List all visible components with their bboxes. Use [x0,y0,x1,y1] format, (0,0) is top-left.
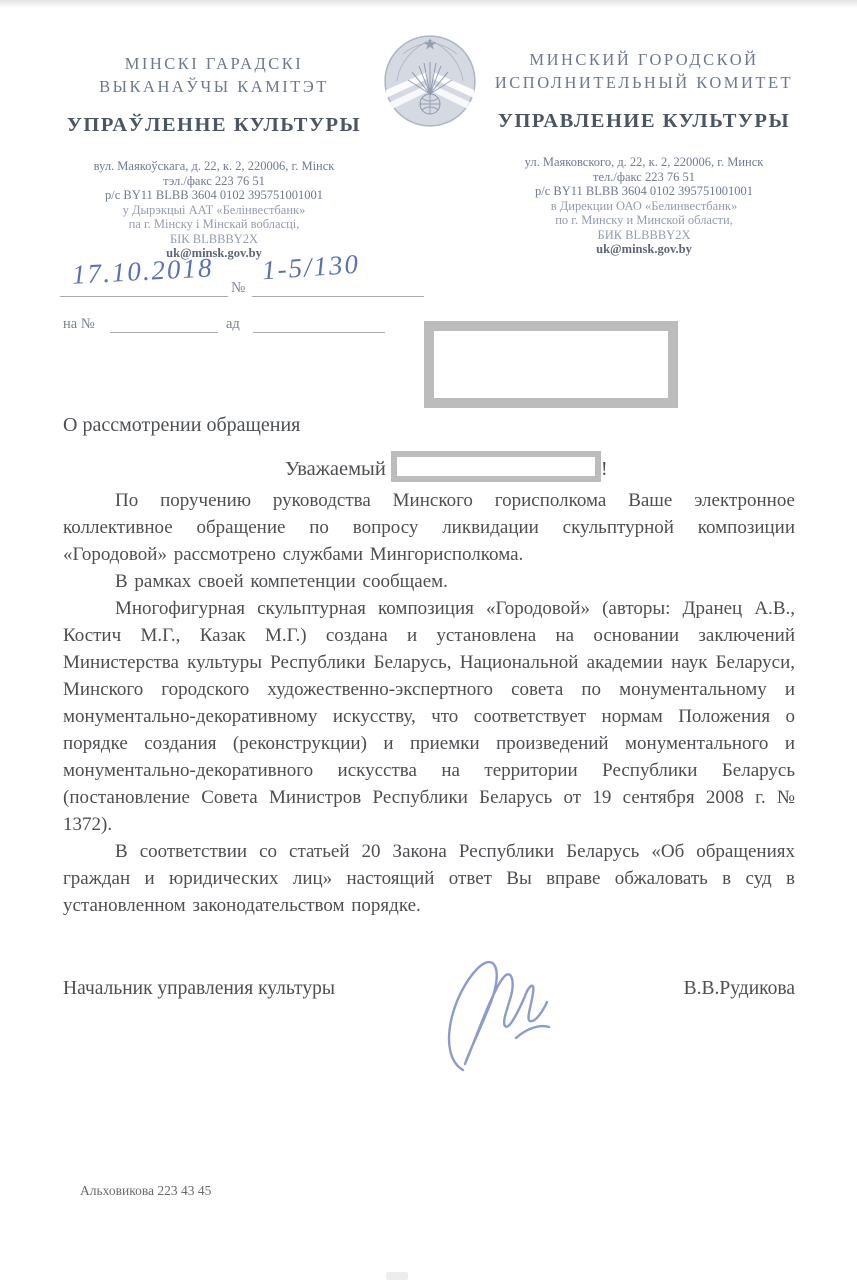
address-block: вул. Маякоўскага, д. 22, к. 2, 220006, г… [38,159,390,261]
address-line: тэл./факс 223 76 51 [38,174,390,189]
scanned-letter-page: МІНСКІ ГАРАДСКІ ВЫКАНАЎЧЫ КАМІТЭТ УПРАЎЛ… [0,0,857,1280]
address-line: ул. Маяковского, д. 22, к. 2, 220006, г.… [468,155,820,170]
org-name-line: ИСПОЛНИТЕЛЬНЫЙ КОМИТЕТ [468,71,820,94]
body-paragraph: В рамках своей компетенции сообщаем. [63,568,795,595]
date-underline [60,296,228,297]
number-sign-label: № [231,280,245,297]
org-name-line: МИНСКИЙ ГОРОДСКОЙ [468,48,820,71]
letter-body: По поручению руководства Минского горисп… [63,487,795,919]
letterhead-left: МІНСКІ ГАРАДСКІ ВЫКАНАЎЧЫ КАМІТЭТ УПРАЎЛ… [38,52,390,261]
address-line: у Дырэкцыі ААТ «Белінвестбанк» [38,203,390,218]
salutation-prefix: Уважаемый [285,458,386,480]
department-title: УПРАЎЛЕННЕ КУЛЬТУРЫ [38,114,390,137]
addressee-redaction-box [424,321,678,408]
body-paragraph: По поручению руководства Минского горисп… [63,487,795,568]
signer-name: В.В.Рудикова [684,978,795,1000]
address-line: тел./факс 223 76 51 [468,170,820,185]
org-name-line: ВЫКАНАЎЧЫ КАМІТЭТ [38,75,390,98]
salutation-line: Уважаемый ! [285,451,608,482]
reply-from-date-label: ад [226,316,240,333]
scan-edge-shadow [0,0,857,8]
handwritten-outgoing-number: 1-5/130 [261,249,361,287]
name-redaction-box [391,451,601,482]
handwritten-date: 17.10.2018 [71,252,214,290]
salutation-suffix: ! [601,458,608,480]
address-line: БИК BLBBBY2X [468,228,820,243]
reply-number-underline [110,332,218,333]
scan-artifact [386,1272,408,1280]
reply-to-number-label: на № [63,316,95,333]
address-line: БІК BLBBBY2X [38,232,390,247]
signature-scribble-icon [418,950,588,1080]
address-line: р/с BY11 BLBB 3604 0102 395751001001 [38,188,390,203]
address-line: па г. Мінску і Мінскай вобласці, [38,217,390,232]
number-underline [252,296,424,297]
email-line: uk@minsk.gov.by [468,242,820,257]
org-name-line: МІНСКІ ГАРАДСКІ [38,52,390,75]
subject-line: О рассмотрении обращения [63,414,300,437]
body-paragraph: Многофигурная скульптурная композиция «Г… [63,595,795,838]
state-emblem-icon [383,34,477,128]
signer-position: Начальник управления культуры [63,978,335,1000]
address-block: ул. Маяковского, д. 22, к. 2, 220006, г.… [468,155,820,257]
letterhead-right: МИНСКИЙ ГОРОДСКОЙ ИСПОЛНИТЕЛЬНЫЙ КОМИТЕТ… [468,48,820,257]
address-line: в Дирекции ОАО «Белинвестбанк» [468,199,820,214]
address-line: вул. Маякоўскага, д. 22, к. 2, 220006, г… [38,159,390,174]
reply-date-underline [253,332,385,333]
executor-contact: Альховикова 223 43 45 [80,1183,211,1199]
department-title: УПРАВЛЕНИЕ КУЛЬТУРЫ [468,110,820,133]
address-line: по г. Минску и Минской области, [468,213,820,228]
address-line: р/с BY11 BLBB 3604 0102 395751001001 [468,184,820,199]
body-paragraph: В соответствии со статьей 20 Закона Респ… [63,838,795,919]
